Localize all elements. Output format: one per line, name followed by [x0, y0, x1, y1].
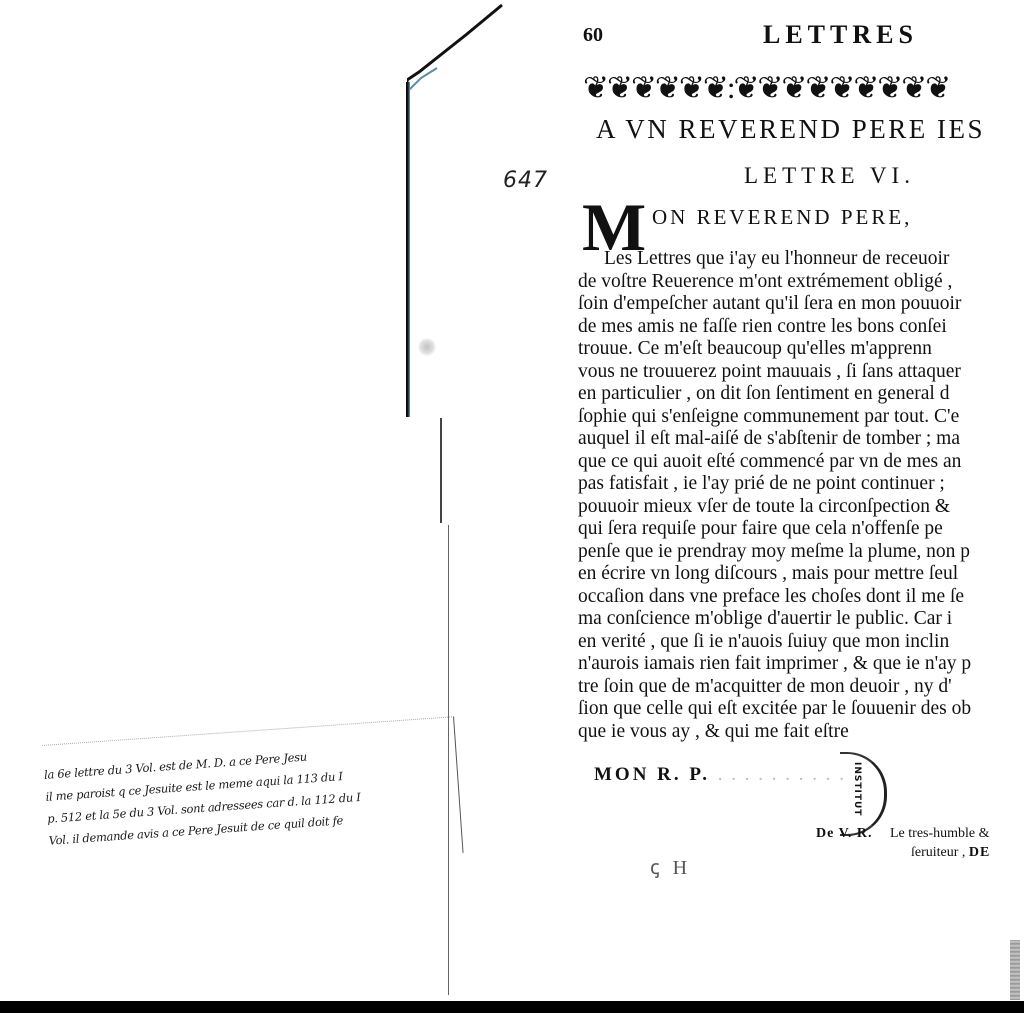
closing-text: MON R. P. — [594, 764, 710, 785]
ornament-band: ❦❦❦❦❦❦:❦❦❦❦❦❦❦❦❦ — [583, 70, 1024, 106]
body-line: que ce qui auoit eſté commencé par vn de… — [578, 451, 1024, 474]
letter-title: A VN REVEREND PERE IES — [596, 114, 985, 145]
stamp-text: INSTITUT — [852, 762, 862, 816]
scan-bottom-border — [0, 1001, 1024, 1013]
body-line: ma conſcience m'oblige d'auertir le publ… — [578, 608, 1024, 631]
page-left-edge — [406, 82, 410, 417]
body-line: n'aurois iamais rien fait imprimer , & q… — [578, 653, 1024, 676]
body-line: qui ſera requiſe pour faire que cela n'o… — [578, 518, 1024, 541]
body-line: de voſtre Reuerence m'ont extrémement ob… — [578, 271, 1024, 294]
body-line: en écrire vn long diſcours , mais pour m… — [578, 563, 1024, 586]
letter-body: Les Lettres que i'ay eu l'honneur de rec… — [578, 248, 1024, 743]
signature-text: Le tres-humble & — [890, 826, 990, 841]
body-line: pouuoir mieux vſer de toute la circonſpe… — [578, 496, 1024, 519]
body-line: penſe que ie prendray moy meſme la plume… — [578, 541, 1024, 564]
scan-edge-artifact — [1010, 940, 1020, 1000]
handwritten-folio-number: 647 — [503, 168, 548, 193]
signature-line-1: De V. R. Le tres-humble & — [816, 826, 990, 842]
body-line: que ie vous ay , & qui me fait eſtre — [578, 721, 1024, 744]
salutation: ON REVEREND PERE, — [652, 205, 912, 230]
page-fold-edge — [407, 0, 507, 90]
ink-smudge — [418, 338, 436, 356]
body-line: en particulier , on dit ſon ſentiment en… — [578, 383, 1024, 406]
body-line: pas fatisfait , ie l'ay prié de ne point… — [578, 473, 1024, 496]
body-line: vous ne trouuerez point mauuais , ſi ſan… — [578, 361, 1024, 384]
closing-salutation: MON R. P. . . . . . . . . . . — [594, 764, 846, 786]
page-number: 60 — [583, 24, 603, 47]
body-line: trouue. Ce m'eſt beaucoup qu'elles m'app… — [578, 338, 1024, 361]
body-line: ſion que celle qui eſt excitée par le ſo… — [578, 698, 1024, 721]
body-line: de mes amis ne faſſe rien contre les bon… — [578, 316, 1024, 339]
signature-line-2: ſeruiteur , DE — [911, 845, 990, 861]
body-line: occaſion dans vne preface les choſes don… — [578, 586, 1024, 609]
body-line: Les Lettres que i'ay eu l'honneur de rec… — [578, 248, 1024, 271]
handwritten-annotation: la 6e lettre du 3 Vol. est de M. D. a ce… — [42, 716, 464, 881]
scanned-document: 647 la 6e lettre du 3 Vol. est de M. D. … — [0, 0, 1024, 1013]
signature-servant: ſeruiteur , — [911, 845, 965, 860]
closing-dots: . . . . . . . . . . — [718, 764, 846, 786]
running-head: LETTRES — [763, 20, 918, 50]
letter-number: LETTRE VI. — [744, 163, 915, 189]
library-stamp: INSTITUT — [840, 752, 887, 836]
page-mid-edge — [440, 418, 442, 523]
body-line: en verité , que ſi ie n'auois ſuiuy que … — [578, 631, 1024, 654]
printed-page: 60 LETTRES ❦❦❦❦❦❦:❦❦❦❦❦❦❦❦❦ A VN REVEREN… — [578, 0, 1024, 1000]
body-line: ſoin d'empeſcher autant qu'il ſera en mo… — [578, 293, 1024, 316]
signature-abbreviation: De V. R. — [816, 826, 873, 841]
signature-de: DE — [969, 845, 990, 860]
signature-mark: ꞔ H — [650, 853, 691, 880]
body-line: auquel il eſt mal-aiſé de s'abſtenir de … — [578, 428, 1024, 451]
body-line: ſophie qui s'enſeigne communement par to… — [578, 406, 1024, 429]
body-line: tre ſoin que de m'acquitter de mon deuoi… — [578, 676, 1024, 699]
